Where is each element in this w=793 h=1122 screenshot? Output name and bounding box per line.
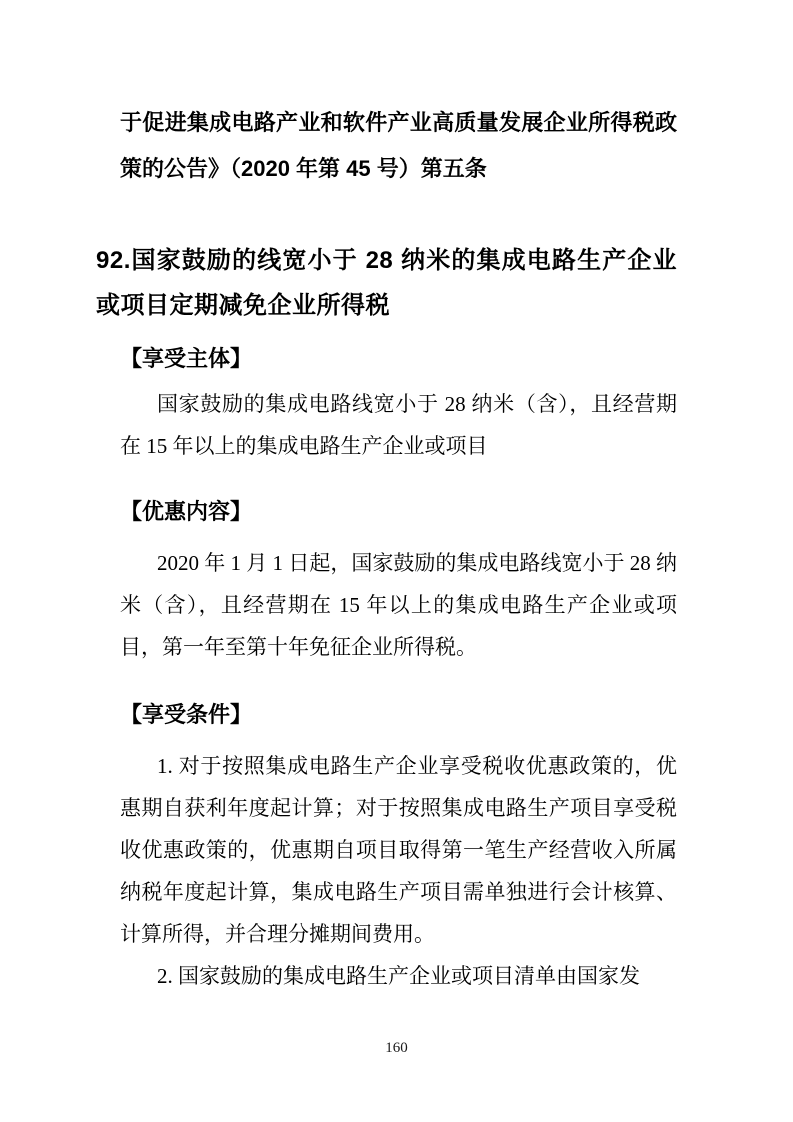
beneficiary-paragraph: 国家鼓励的集成电路线宽小于 28 纳米（含），且经营期在 15 年以上的集成电路… [120, 383, 677, 467]
section-title-conditions: 【享受条件】 [120, 692, 677, 737]
section-title-beneficiary: 【享受主体】 [120, 336, 677, 381]
page-footer: 160 [0, 1040, 793, 1057]
benefit-content-paragraph: 2020 年 1 月 1 日起，国家鼓励的集成电路线宽小于 28 纳米（含），且… [120, 542, 677, 668]
policy-citation-continuation: 于促进集成电路产业和软件产业高质量发展企业所得税政策的公告》（2020 年第 4… [120, 100, 677, 192]
document-page: 于促进集成电路产业和软件产业高质量发展企业所得税政策的公告》（2020 年第 4… [0, 0, 793, 1122]
conditions-paragraph-2: 2. 国家鼓励的集成电路生产企业或项目清单由国家发 [120, 955, 677, 997]
section-title-benefit-content: 【优惠内容】 [120, 489, 677, 534]
page-number: 160 [385, 1040, 408, 1056]
conditions-paragraph-1: 1. 对于按照集成电路生产企业享受税收优惠政策的，优惠期自获利年度起计算；对于按… [120, 745, 677, 955]
document-content: 于促进集成电路产业和软件产业高质量发展企业所得税政策的公告》（2020 年第 4… [96, 100, 677, 997]
article-title: 92.国家鼓励的线宽小于 28 纳米的集成电路生产企业或项目定期减免企业所得税 [96, 238, 677, 328]
